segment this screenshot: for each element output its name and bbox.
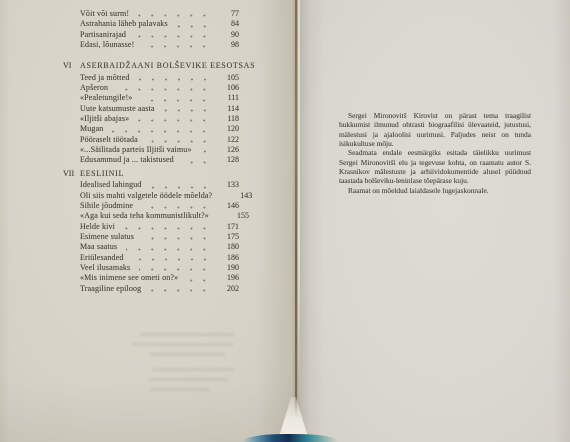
toc-page-number: 202 xyxy=(219,284,239,294)
toc-entry: VII EESLIINIL xyxy=(63,169,239,179)
toc-entry: Oli siis mahti valgetele öödele mõelda? … xyxy=(63,191,239,201)
toc-entry: «Pealetungile!» 111 xyxy=(63,93,239,103)
toc-entry-label: Helde kivi xyxy=(80,222,115,232)
toc-section-numeral: VII xyxy=(63,169,74,179)
show-through-text xyxy=(152,368,234,371)
toc-entry: Uute katsumuste aasta 114 xyxy=(63,104,239,114)
dot-leader xyxy=(143,45,216,48)
toc-entry-label: «Iljitši abajas» xyxy=(80,114,129,124)
toc-entry: «Aga kui seda teha kommunistlikult?» 155 xyxy=(63,211,239,221)
toc-entry-label: Traagiline epiloog xyxy=(80,284,141,294)
dot-leader xyxy=(147,140,216,143)
toc-entry-label: «Pealetungile!» xyxy=(80,93,132,103)
show-through-text xyxy=(150,353,225,356)
paragraph: Seadmata endale eesmärgiks esitada täiel… xyxy=(339,148,531,185)
show-through-text xyxy=(140,333,235,336)
paragraph: Raamat on mõeldud laialdasele lugejaskon… xyxy=(339,186,531,195)
dot-leader xyxy=(138,119,216,122)
toc-page-number: 84 xyxy=(219,19,239,29)
dot-leader xyxy=(151,186,216,189)
left-page: Võit või surm! 77 Astrahania läheb palav… xyxy=(0,0,298,442)
table-of-contents: Võit või surm! 77 Astrahania läheb palav… xyxy=(63,9,239,294)
toc-page-number: 196 xyxy=(219,273,239,283)
toc-page-number: 98 xyxy=(219,40,239,50)
toc-entry: Traagiline epiloog 202 xyxy=(63,284,239,294)
dot-leader xyxy=(183,161,216,164)
dot-leader xyxy=(201,150,216,153)
toc-entry: VI ASERBAIDŽAANI BOLŠEVIKE EESOTSAS xyxy=(63,61,239,71)
book-scan: Võit või surm! 77 Astrahania läheb palav… xyxy=(0,0,570,442)
toc-entry: «Mis inimene see ometi on?» 196 xyxy=(63,273,239,283)
toc-entry-label: Eriülesanded xyxy=(80,253,124,263)
toc-entry: Eriülesanded 186 xyxy=(63,253,239,263)
toc-entry-label: ASERBAIDŽAANI BOLŠEVIKE EESOTSAS xyxy=(80,61,255,71)
toc-page-number: 111 xyxy=(219,93,239,103)
toc-page-number: 133 xyxy=(219,180,239,190)
dot-leader xyxy=(139,268,216,271)
toc-entry: «Iljitši abajas» 118 xyxy=(63,114,239,124)
dot-leader xyxy=(139,78,216,81)
dot-leader xyxy=(126,248,216,251)
toc-entry: Mugan 120 xyxy=(63,124,239,134)
toc-page-number: 146 xyxy=(219,201,239,211)
toc-entry-label: Maa saatus xyxy=(80,242,117,252)
toc-page-number: 171 xyxy=(219,222,239,232)
toc-entry: Idealised lahingud 133 xyxy=(63,180,239,190)
toc-entry: Sihile jõudmine 146 xyxy=(63,201,239,211)
dot-leader xyxy=(218,217,226,220)
toc-entry-label: Sihile jõudmine xyxy=(80,201,133,211)
toc-entry: Pööraselt töötada 122 xyxy=(63,135,239,145)
right-page: Sergei Mironovitš Kirovist on pärast tem… xyxy=(298,0,570,442)
toc-entry-label: «Aga kui seda teha kommunistlikult?» xyxy=(80,211,209,221)
toc-entry-label: Partisanirajad xyxy=(80,30,126,40)
toc-entry-label: «...Säilitada parteis Iljitši vaimu» xyxy=(80,145,192,155)
dot-leader xyxy=(135,35,216,38)
dot-leader xyxy=(117,88,216,91)
toc-page-number: 126 xyxy=(219,145,239,155)
toc-page-number: 186 xyxy=(219,253,239,263)
dot-leader xyxy=(177,25,216,28)
dot-leader xyxy=(150,289,216,292)
toc-entry-label: Astrahania läheb palavaks xyxy=(80,19,168,29)
toc-entry: Partisanirajad 90 xyxy=(63,30,239,40)
toc-entry-label: Pööraselt töötada xyxy=(80,135,138,145)
toc-entry-label: Idealised lahingud xyxy=(80,180,142,190)
toc-entry-label: Võit või surm! xyxy=(80,9,129,19)
show-through-text xyxy=(148,378,228,381)
toc-entry-label: Edasi, lõunasse! xyxy=(80,40,134,50)
toc-entry-label: Mugan xyxy=(80,124,103,134)
dot-leader xyxy=(112,130,216,133)
toc-entry: Teed ja mõtted 105 xyxy=(63,73,239,83)
toc-section-numeral: VI xyxy=(63,61,71,71)
toc-entry-label: Edusammud ja ... takistused xyxy=(80,155,174,165)
toc-entry: Edasi, lõunasse! 98 xyxy=(63,40,239,50)
dot-leader xyxy=(133,258,216,261)
toc-entry-label: Esimene sulatus xyxy=(80,232,134,242)
dot-leader xyxy=(124,227,216,230)
toc-entry: Edusammud ja ... takistused 128 xyxy=(63,155,239,165)
paragraph: Sergei Mironovitš Kirovist on pärast tem… xyxy=(339,111,531,148)
toc-entry: Võit või surm! 77 xyxy=(63,9,239,19)
toc-page-number: 175 xyxy=(219,232,239,242)
toc-entry-label: Uute katsumuste aasta xyxy=(80,104,155,114)
toc-page-number: 106 xyxy=(219,83,239,93)
book-annotation: Sergei Mironovitš Kirovist on pärast tem… xyxy=(339,111,531,195)
spine-crease xyxy=(295,0,297,442)
book-cover-edge xyxy=(243,434,338,442)
toc-page-number: 122 xyxy=(219,135,239,145)
toc-page-number: 120 xyxy=(219,124,239,134)
dot-leader xyxy=(164,109,216,112)
toc-entry: Esimene sulatus 175 xyxy=(63,232,239,242)
toc-entry: Maa saatus 180 xyxy=(63,242,239,252)
toc-page-number: 155 xyxy=(229,211,249,221)
dot-leader xyxy=(187,279,216,282)
toc-entry: Helde kivi 171 xyxy=(63,222,239,232)
toc-entry-label: Apšeron xyxy=(80,83,108,93)
toc-page-number: 180 xyxy=(219,242,239,252)
toc-entry-label: EESLIINIL xyxy=(80,169,124,179)
toc-entry-label: «Mis inimene see ometi on?» xyxy=(80,273,178,283)
show-through-text xyxy=(150,388,210,391)
dot-leader xyxy=(138,14,216,17)
toc-page-number: 90 xyxy=(219,30,239,40)
dot-leader xyxy=(141,99,216,102)
toc-entry: Astrahania läheb palavaks 84 xyxy=(63,19,239,29)
toc-entry-label: Veel ilusamaks xyxy=(80,263,130,273)
toc-entry-label: Teed ja mõtted xyxy=(80,73,130,83)
dot-leader xyxy=(143,237,216,240)
toc-page-number: 77 xyxy=(219,9,239,19)
toc-entry: Apšeron 106 xyxy=(63,83,239,93)
toc-page-number: 105 xyxy=(219,73,239,83)
show-through-text xyxy=(133,343,233,346)
toc-page-number: 128 xyxy=(219,155,239,165)
toc-page-number: 190 xyxy=(219,263,239,273)
toc-page-number: 143 xyxy=(232,191,252,201)
toc-entry-label: Oli siis mahti valgetele öödele mõelda? xyxy=(80,191,212,201)
toc-page-number: 118 xyxy=(219,114,239,124)
dot-leader xyxy=(221,196,229,199)
spine-highlight xyxy=(298,0,300,430)
toc-page-number: 114 xyxy=(219,104,239,114)
toc-entry: Veel ilusamaks 190 xyxy=(63,263,239,273)
toc-entry: «...Säilitada parteis Iljitši vaimu» 126 xyxy=(63,145,239,155)
dot-leader xyxy=(142,206,216,209)
